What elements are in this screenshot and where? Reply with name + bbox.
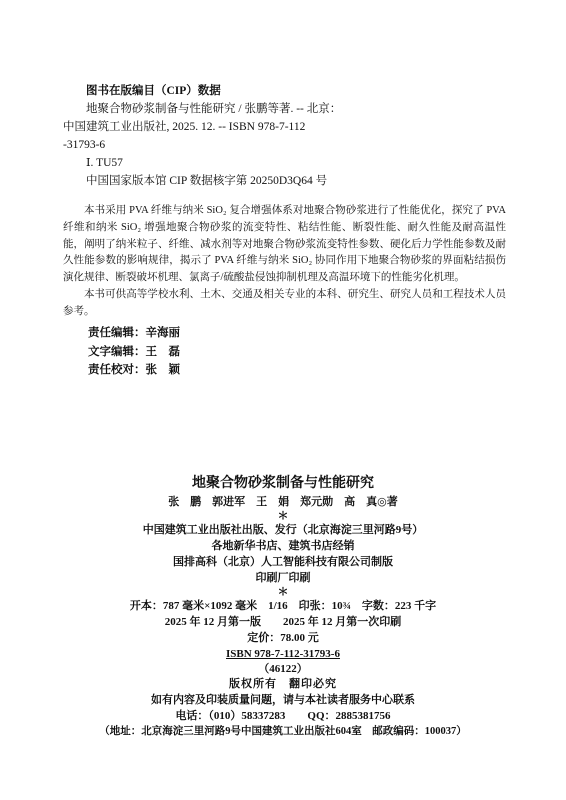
cip-classification: Ⅰ. TU57: [63, 154, 483, 172]
product-code: （46122）: [0, 662, 566, 676]
cip-title-line: 地聚合物砂浆制备与性能研究 / 张鹏等著. -- 北京：: [63, 100, 483, 118]
editor-item: 文字编辑：王 磊: [88, 343, 180, 362]
abstract-paragraph-1: 本书采用 PVA 纤维与纳米 SiO₂ 复合增强体系对地聚合物砂浆进行了性能优化…: [63, 203, 506, 287]
editors-block: 责任编辑：辛海丽 文字编辑：王 磊 责任校对：张 颖: [88, 324, 180, 380]
publisher-line: 中国建筑工业出版社出版、发行（北京海淀三里河路9号）: [0, 522, 566, 538]
authors-line: 张 鹏 郭进军 王 娟 郑元勋 高 真◎著: [0, 494, 566, 510]
address-line: （地址：北京海淀三里河路9号中国建筑工业出版社604室 邮政编码：100037）: [0, 724, 566, 740]
typesetting-line: 国排高科（北京）人工智能科技有限公司制版: [0, 554, 566, 570]
edition-line: 2025 年 12 月第一版 2025 年 12 月第一次印刷: [0, 614, 566, 630]
copyright-page: 图书在版编目（CIP）数据 地聚合物砂浆制备与性能研究 / 张鹏等著. -- 北…: [0, 0, 566, 800]
separator-star-2: ＊: [0, 586, 566, 598]
cip-block: 图书在版编目（CIP）数据 地聚合物砂浆制备与性能研究 / 张鹏等著. -- 北…: [63, 82, 483, 190]
price-line: 定价：78.00 元: [0, 630, 566, 646]
contact-line: 电话：（010）58337283 QQ：2885381756: [0, 708, 566, 724]
cip-isbn-continuation: -31793-6: [63, 136, 483, 154]
distribution-line: 各地新华书店、建筑书店经销: [0, 538, 566, 554]
isbn-line: ISBN 978-7-112-31793-6: [0, 646, 566, 662]
abstract-paragraph-2: 本书可供高等学校水利、土木、交通及相关专业的本科、研究生、研究人员和工程技术人员…: [63, 287, 506, 321]
format-line: 开本：787 毫米×1092 毫米 1/16 印张：10¾ 字数：223 千字: [0, 598, 566, 614]
editor-item: 责任校对：张 颖: [88, 361, 180, 380]
book-title: 地聚合物砂浆制备与性能研究: [0, 474, 566, 494]
cip-record-number: 中国国家版本馆 CIP 数据核字第 20250D3Q64 号: [63, 172, 483, 190]
cip-heading: 图书在版编目（CIP）数据: [63, 82, 483, 100]
isbn-number: ISBN 978-7-112-31793-6: [226, 648, 340, 660]
printing-line: 印刷厂印刷: [0, 570, 566, 586]
service-note: 如有内容及印装质量问题，请与本社读者服务中心联系: [0, 692, 566, 708]
editor-item: 责任编辑：辛海丽: [88, 324, 180, 343]
copyright-notice: 版权所有 翻印必究: [0, 676, 566, 692]
separator-star-1: ＊: [0, 510, 566, 522]
cip-publisher-line: 中国建筑工业出版社, 2025. 12. -- ISBN 978-7-112: [63, 118, 483, 136]
colophon-block: 地聚合物砂浆制备与性能研究 张 鹏 郭进军 王 娟 郑元勋 高 真◎著 ＊ 中国…: [0, 474, 566, 740]
abstract-block: 本书采用 PVA 纤维与纳米 SiO₂ 复合增强体系对地聚合物砂浆进行了性能优化…: [63, 203, 506, 321]
